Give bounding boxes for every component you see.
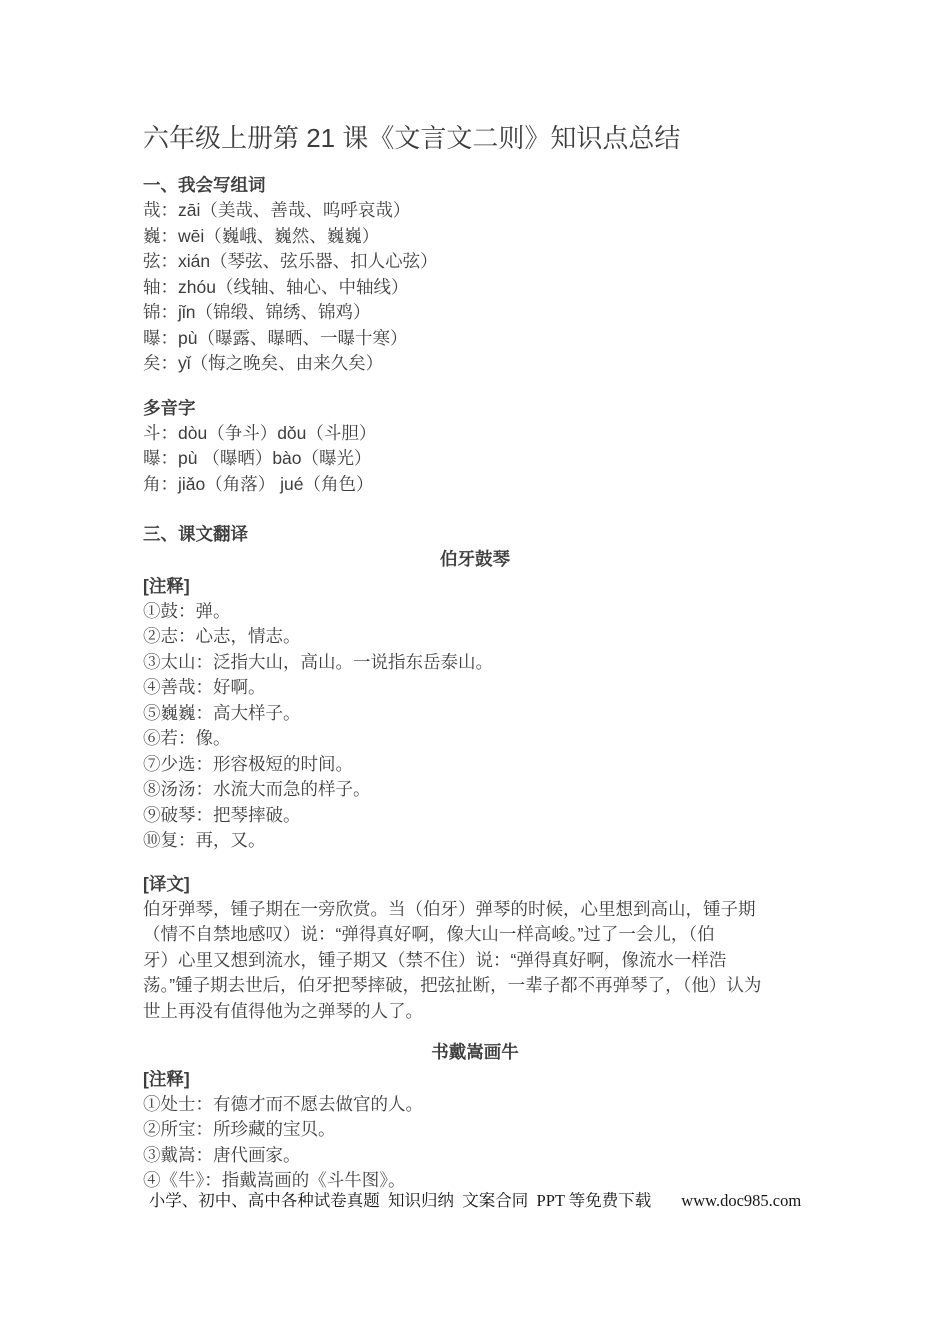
note-item: ⑨破琴：把琴摔破。: [143, 803, 845, 829]
footer-text: 小学、初中、高中各种试卷真题 知识归纳 文案合同 PPT 等免费下载: [149, 1191, 652, 1210]
footer-url: www.doc985.com: [681, 1191, 801, 1210]
translation-line: 牙）心里又想到流水，锺子期又（禁不住）说：“弹得真好啊，像流水一样浩: [143, 948, 845, 974]
document-page: 六年级上册第 21 课《文言文二则》知识点总结 一、我会写组词 哉：zāi（美哉…: [0, 0, 950, 1194]
note-item: ①处士：有德才而不愿去做官的人。: [143, 1092, 845, 1118]
word-item: 巍：wēi（巍峨、巍然、巍巍）: [143, 224, 845, 250]
word-item: 矣：yǐ（悔之晚矣、由来久矣）: [143, 351, 845, 377]
section-heading-translation: 三、课文翻译: [143, 521, 845, 547]
word-item: 曝：pù（曝露、曝晒、一曝十寒）: [143, 326, 845, 352]
note-item: ⑥若：像。: [143, 726, 845, 752]
section-heading-polyphones: 多音字: [143, 395, 845, 421]
translation-line: 世上再没有值得他为之弹琴的人了。: [143, 999, 845, 1025]
translation-line: 伯牙弹琴，锺子期在一旁欣赏。当（伯牙）弹琴的时候，心里想到高山，锺子期: [143, 897, 845, 923]
page-footer: 小学、初中、高中各种试卷真题 知识归纳 文案合同 PPT 等免费下载www.do…: [0, 1189, 950, 1213]
note-item: ③戴嵩：唐代画家。: [143, 1143, 845, 1169]
note-item: ②所宝：所珍藏的宝贝。: [143, 1117, 845, 1143]
polyphone-item: 曝：pù （曝晒）bào（曝光）: [143, 446, 845, 472]
note-item: ③太山：泛指大山，高山。一说指东岳泰山。: [143, 650, 845, 676]
note-item: ④善哉：好啊。: [143, 675, 845, 701]
note-item: ⑤巍巍：高大样子。: [143, 701, 845, 727]
translation-line: （情不自禁地感叹）说：“弹得真好啊，像大山一样高峻。”过了一会儿，（伯: [143, 922, 845, 948]
text-title-daisong: 书戴嵩画牛: [0, 1040, 950, 1066]
notes-heading-daisong: [注释]: [143, 1066, 845, 1092]
text-title-boya: 伯牙鼓琴: [0, 547, 950, 573]
polyphone-item: 斗：dòu（争斗）dǒu（斗胆）: [143, 421, 845, 447]
note-item: ⑦少选：形容极短的时间。: [143, 752, 845, 778]
translation-heading-boya: [译文]: [143, 871, 845, 897]
word-item: 锦：jǐn（锦缎、锦绣、锦鸡）: [143, 300, 845, 326]
section-heading-write-words: 一、我会写组词: [143, 172, 845, 198]
translation-line: 荡。”锺子期去世后，伯牙把琴摔破，把弦扯断，一辈子都不再弹琴了，（他）认为: [143, 973, 845, 999]
polyphone-item: 角：jiǎo（角落） jué（角色）: [143, 472, 845, 498]
note-item: ⑩复：再，又。: [143, 828, 845, 854]
page-title: 六年级上册第 21 课《文言文二则》知识点总结: [143, 118, 845, 158]
word-item: 弦：xián（琴弦、弦乐器、扣人心弦）: [143, 249, 845, 275]
notes-heading-boya: [注释]: [143, 573, 845, 599]
note-item: ②志：心志，情志。: [143, 624, 845, 650]
note-item: ①鼓：弹。: [143, 599, 845, 625]
word-item: 哉：zāi（美哉、善哉、呜呼哀哉）: [143, 198, 845, 224]
word-item: 轴：zhóu（线轴、轴心、中轴线）: [143, 275, 845, 301]
note-item: ⑧汤汤：水流大而急的样子。: [143, 777, 845, 803]
